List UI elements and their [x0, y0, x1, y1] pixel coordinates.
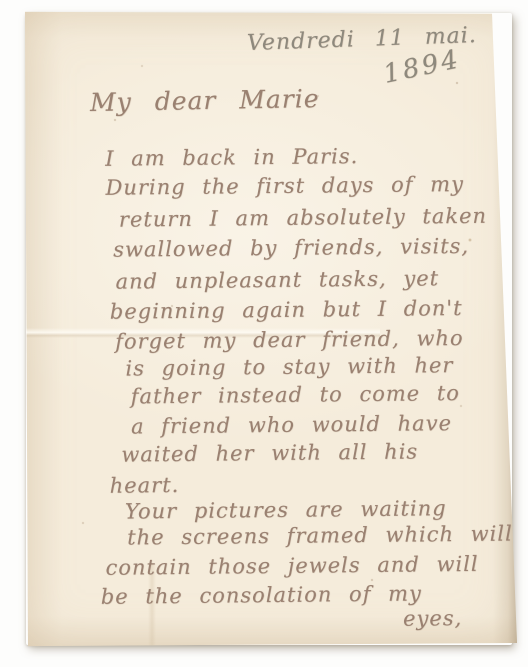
letter-paper: Vendredi 11 mai. 1894 My dear Marie I am… — [20, 8, 520, 650]
photo-background: Vendredi 11 mai. 1894 My dear Marie I am… — [0, 0, 528, 667]
letter-line: is going to stay with her — [125, 353, 453, 380]
letter-line: return I am absolutely taken — [119, 204, 487, 232]
letter-line: a friend who would have — [131, 411, 452, 438]
letter-line: the screens framed which will — [127, 521, 513, 549]
letter-line: contain those jewels and will — [105, 552, 478, 580]
letter-line: swallowed by friends, visits, — [113, 234, 469, 262]
letter-line: waited her with all his — [121, 439, 418, 466]
letter-line: eyes, — [403, 606, 462, 631]
letter-line: Your pictures are waiting — [125, 496, 447, 523]
letter-line: father instead to come to — [131, 381, 460, 408]
letter-line: forget my dear friend, who — [115, 326, 464, 354]
letter-line: I am back in Paris. — [105, 144, 358, 171]
letter-line: and unpleasant tasks, yet — [115, 266, 439, 293]
letter-body: I am back in Paris.During the first days… — [17, 5, 524, 652]
letter-line: beginning again but I don't — [110, 296, 463, 324]
letter-line: During the first days of my — [105, 172, 464, 200]
letter-line: heart. — [110, 473, 180, 498]
letter-line: be the consolation of my — [101, 581, 422, 608]
